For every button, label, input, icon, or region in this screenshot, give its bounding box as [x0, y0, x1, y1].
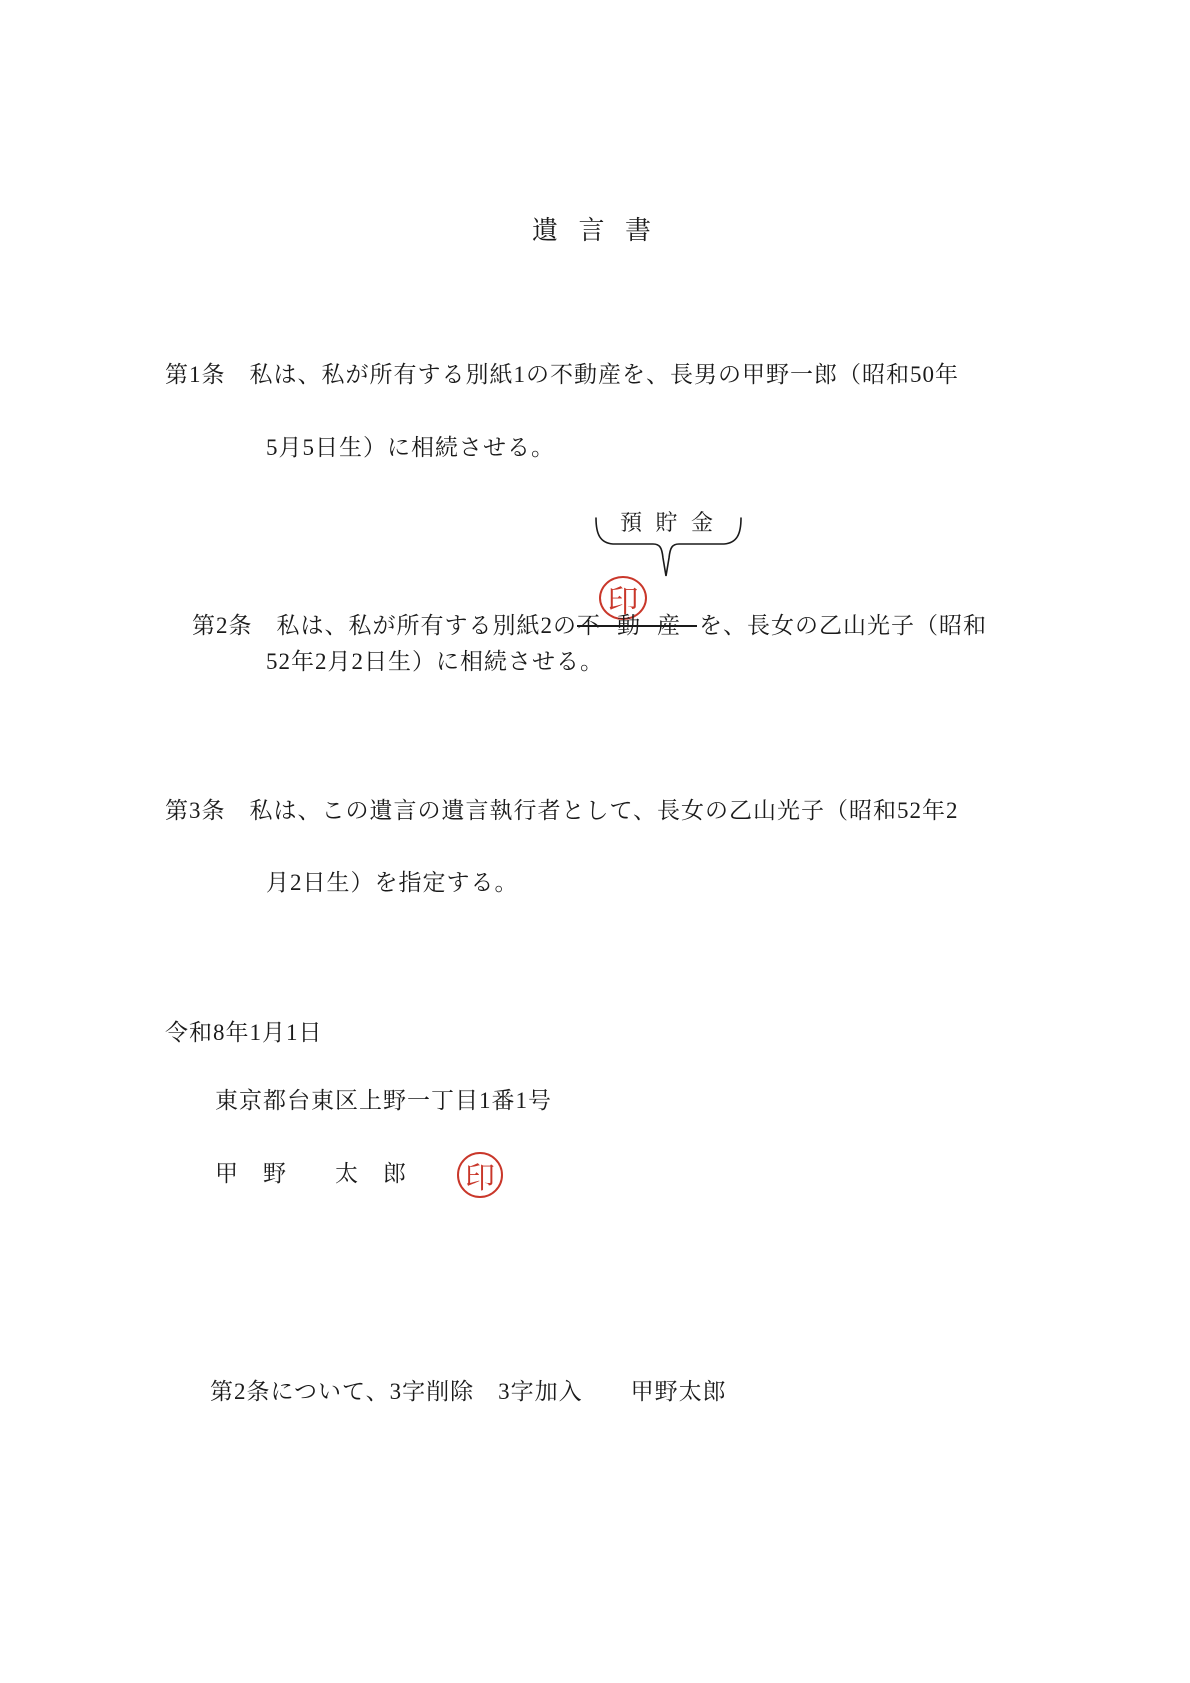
clause-1-line-1: 第1条 私は、私が所有する別紙1の不動産を、長男の甲野一郎（昭和50年 [165, 360, 959, 390]
signature-name: 甲 野 太 郎 [215, 1159, 407, 1189]
signature-seal-label: 印 [465, 1153, 495, 1197]
clause-1-line-2: 5月5日生）に相続させる。 [266, 433, 555, 463]
correction-note: 第2条について、3字削除 3字加入 甲野太郎 [210, 1377, 727, 1407]
signature-seal-stamp-icon: 印 [457, 1152, 503, 1198]
insertion-brace-icon [591, 516, 746, 580]
date-line: 令和8年1月1日 [165, 1018, 323, 1048]
clause-2-deleted-text: 不動産 [577, 613, 699, 638]
will-document-page: 遺 言 書 第1条 私は、私が所有する別紙1の不動産を、長男の甲野一郎（昭和50… [0, 0, 1190, 1683]
address-line: 東京都台東区上野一丁目1番1号 [215, 1086, 552, 1116]
document-title: 遺 言 書 [0, 210, 1190, 247]
clause-3-line-1: 第3条 私は、この遺言の遺言執行者として、長女の乙山光子（昭和52年2 [165, 796, 959, 826]
clause-3-line-2: 月2日生）を指定する。 [266, 868, 519, 898]
clause-2-prefix: 第2条 私は、私が所有する別紙2の [192, 613, 577, 638]
clause-2-suffix: を、長女の乙山光子（昭和 [699, 613, 987, 638]
clause-2-line-2: 52年2月2日生）に相続させる。 [266, 647, 604, 677]
